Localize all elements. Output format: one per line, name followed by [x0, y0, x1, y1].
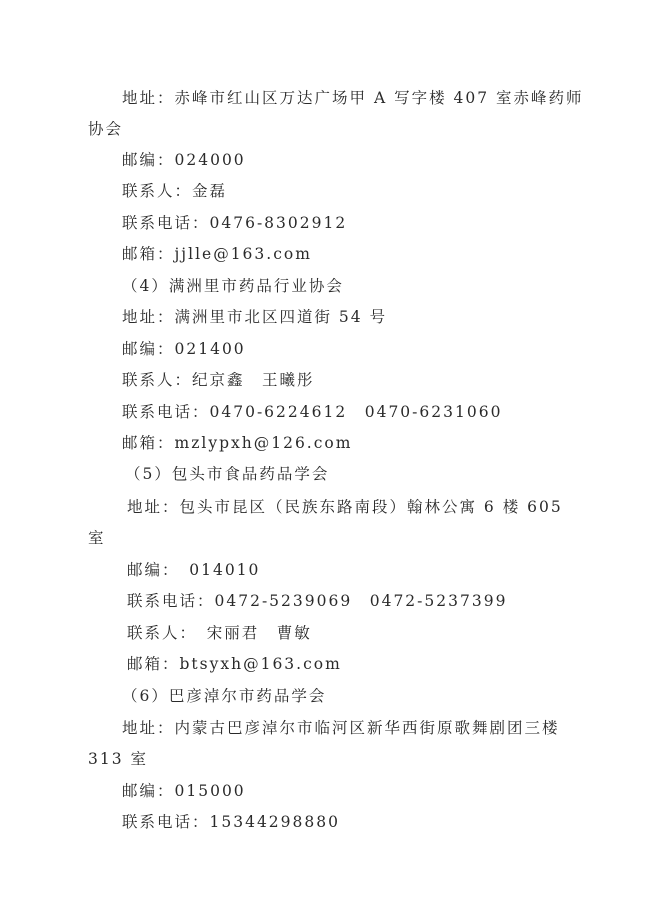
bayannur-phone: 联系电话：15344298880 [122, 812, 340, 832]
baotou-email: 邮箱：btsyxh@163.com [127, 654, 342, 674]
chifeng-phone: 联系电话：0476-8302912 [122, 213, 347, 233]
chifeng-address-line2: 协会 [88, 119, 123, 139]
baotou-heading: （5）包头市食品药品学会 [125, 464, 329, 484]
baotou-address-line1: 地址：包头市昆区（民族东路南段）翰林公寓 6 楼 605 [127, 497, 563, 517]
document-page: 地址：赤峰市红山区万达广场甲 A 写字楼 407 室赤峰药师 协会 邮编：024… [0, 0, 650, 919]
bayannur-address-line1: 地址：内蒙古巴彦淖尔市临河区新华西街原歌舞剧团三楼 [122, 718, 560, 738]
bayannur-postcode: 邮编：015000 [122, 781, 246, 801]
manzhouli-address: 地址：满洲里市北区四道街 54 号 [122, 307, 387, 327]
baotou-address-line2: 室 [88, 528, 106, 548]
chifeng-contact: 联系人：金磊 [122, 181, 227, 201]
chifeng-address-line1: 地址：赤峰市红山区万达广场甲 A 写字楼 407 室赤峰药师 [122, 88, 584, 108]
bayannur-address-line2: 313 室 [88, 749, 148, 769]
manzhouli-contact: 联系人：纪京鑫 王曦彤 [122, 370, 315, 390]
manzhouli-phone: 联系电话：0470-6224612 0470-6231060 [122, 402, 502, 422]
chifeng-postcode: 邮编：024000 [122, 150, 246, 170]
manzhouli-email: 邮箱：mzlypxh@126.com [122, 433, 352, 453]
manzhouli-postcode: 邮编：021400 [122, 339, 246, 359]
manzhouli-heading: （4）满洲里市药品行业协会 [122, 276, 344, 296]
address-label: 地址： [122, 89, 175, 107]
baotou-contact: 联系人： 宋丽君 曹敏 [127, 623, 312, 643]
baotou-postcode: 邮编： 014010 [127, 560, 260, 580]
address-value: 赤峰市红山区万达广场甲 A 写字楼 407 室赤峰药师 [175, 89, 584, 107]
bayannur-heading: （6）巴彦淖尔市药品学会 [122, 686, 326, 706]
baotou-phone: 联系电话：0472-5239069 0472-5237399 [127, 591, 507, 611]
chifeng-email: 邮箱：jjlle@163.com [122, 244, 312, 264]
